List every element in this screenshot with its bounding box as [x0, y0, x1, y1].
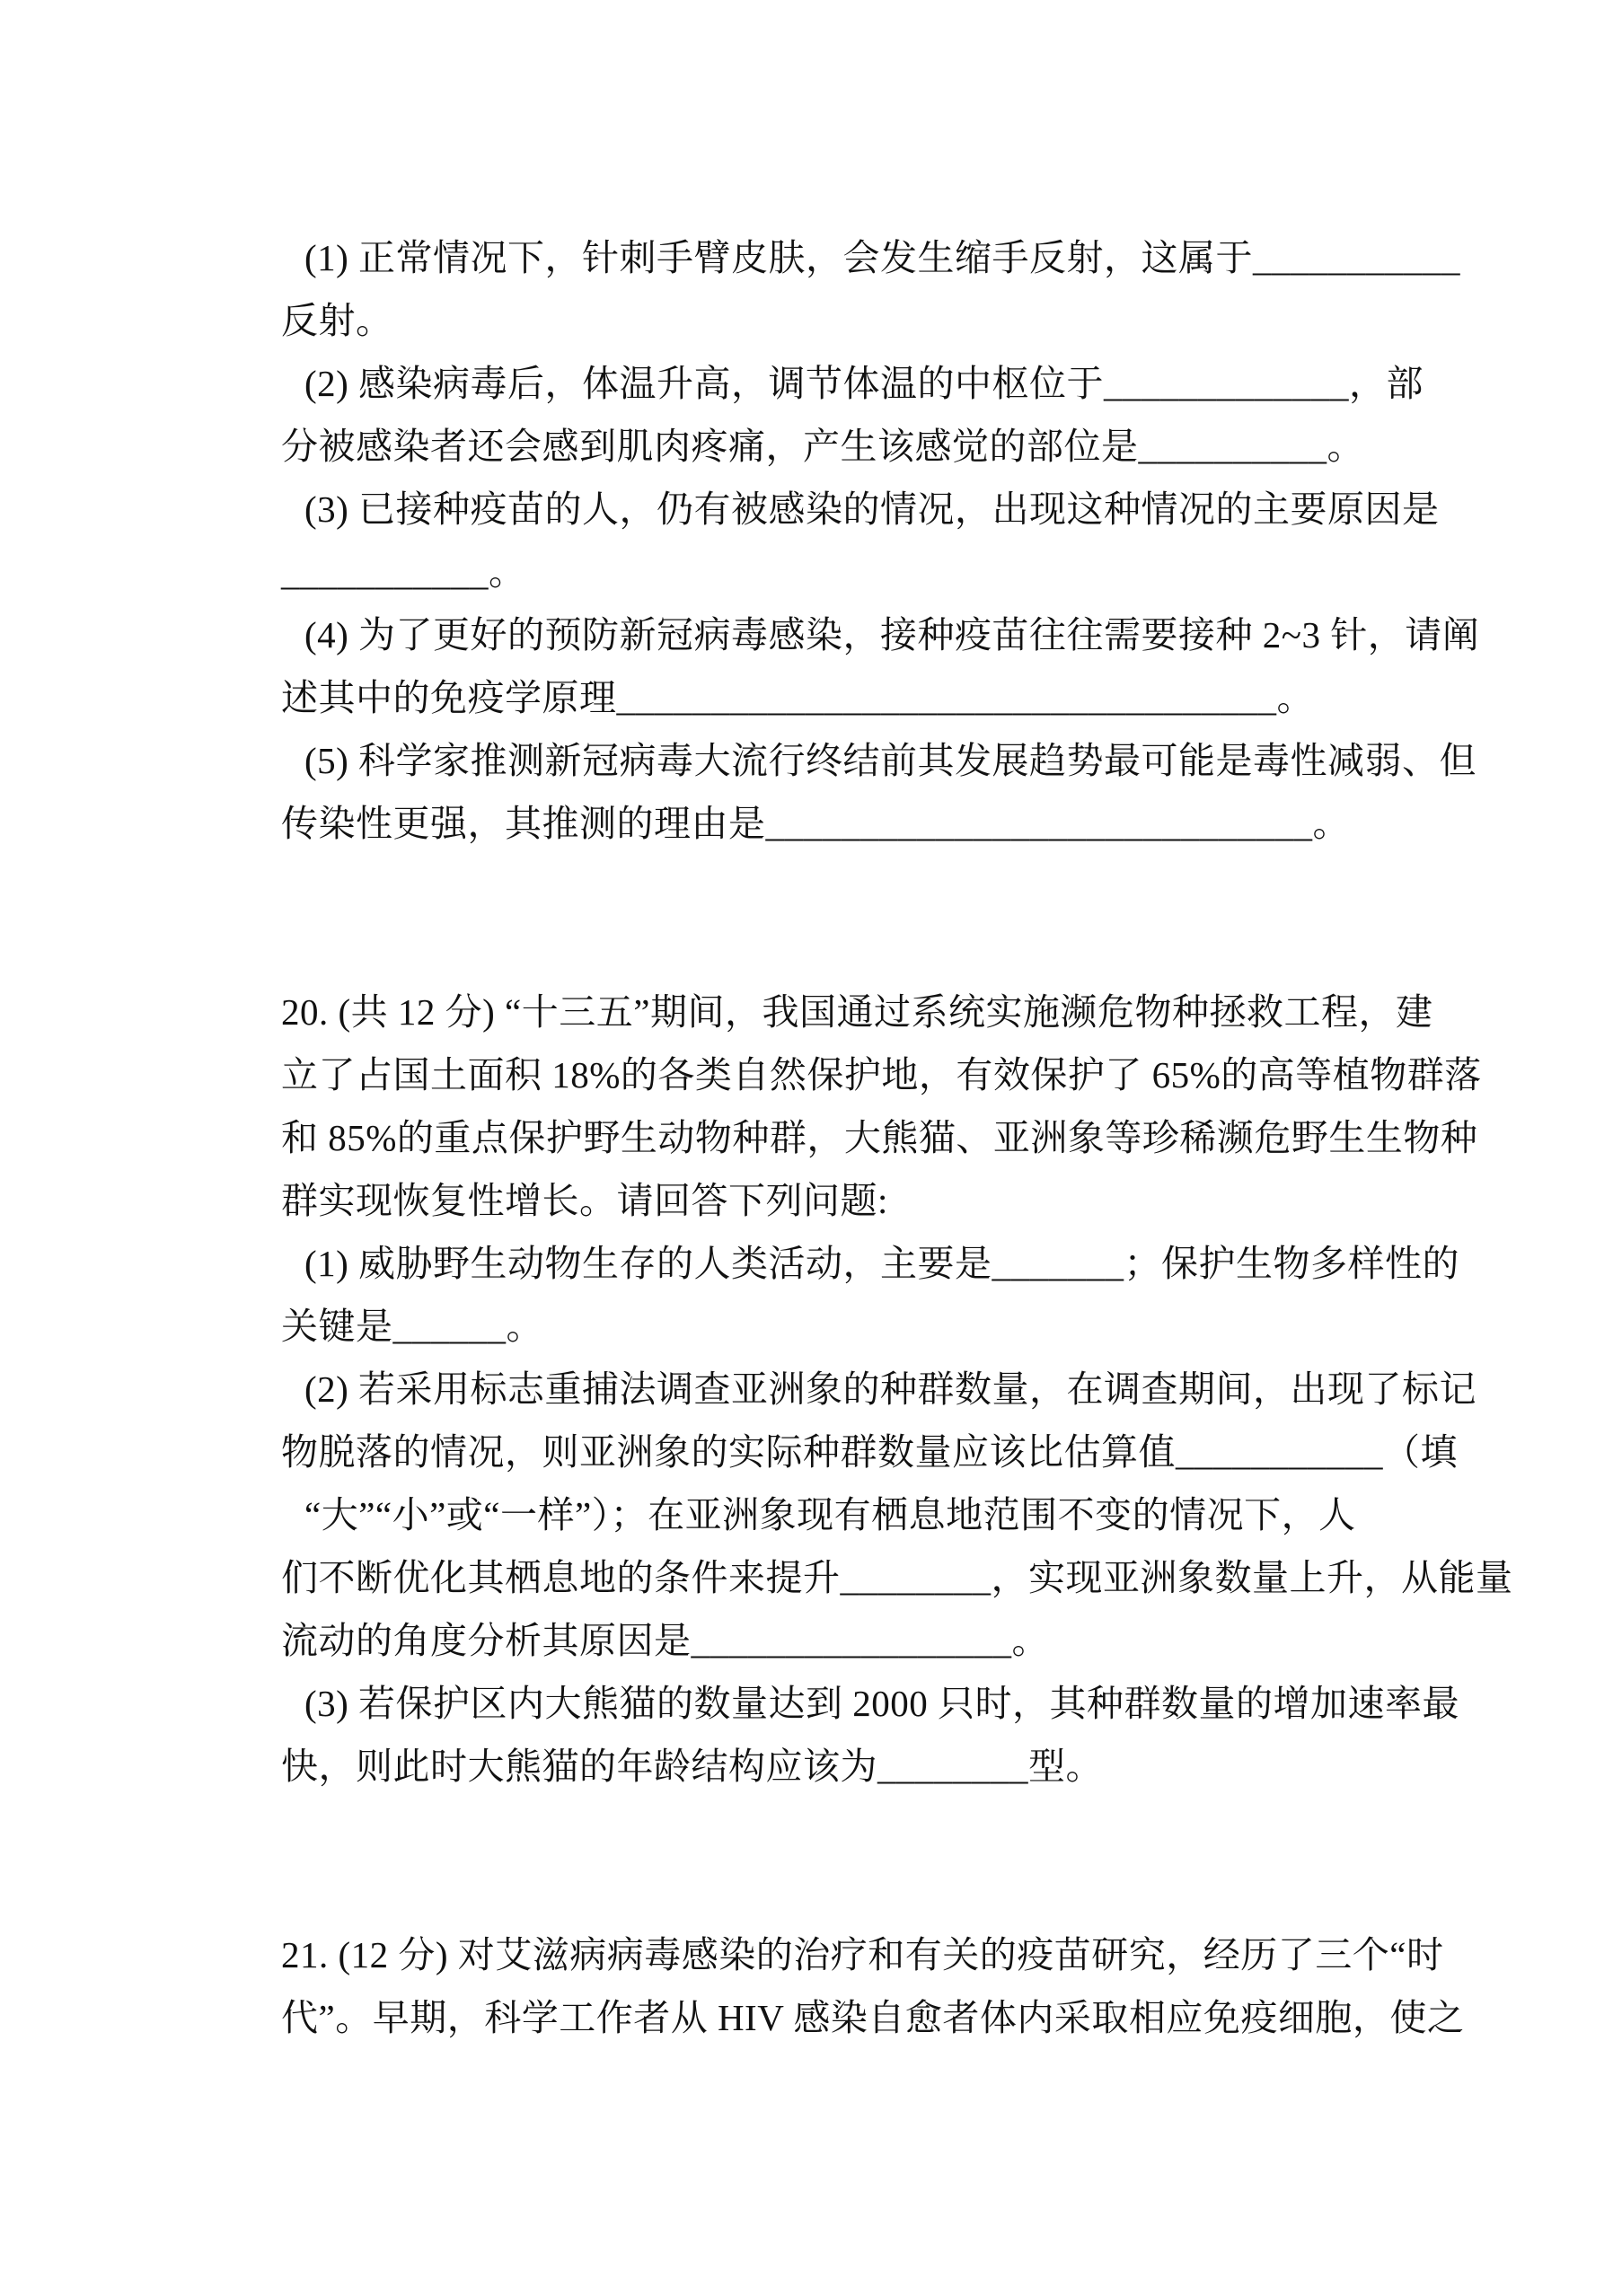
text-line: (3) 已接种疫苗的人，仍有被感染的情况，出现这种情况的主要原因是: [281, 478, 1413, 541]
text-line: 21. (12 分) 对艾滋病病毒感染的治疗和有关的疫苗研究，经历了三个“时: [281, 1923, 1413, 1986]
text-line: 们不断优化其栖息地的条件来提升________，实现亚洲象数量上升，从能量: [281, 1546, 1413, 1609]
text-line: 传染性更强，其推测的理由是___________________________…: [281, 792, 1413, 855]
text-line: 物脱落的情况，则亚洲象的实际种群数量应该比估算值___________（填: [281, 1421, 1413, 1483]
question-21: 21. (12 分) 对艾滋病病毒感染的治疗和有关的疫苗研究，经历了三个“时代”…: [281, 1923, 1413, 2049]
text-line: 快，则此时大熊猫的年龄结构应该为________型。: [281, 1735, 1413, 1798]
text-line: 20. (共 12 分) “十三五”期间，我国通过系统实施濒危物种拯救工程，建: [281, 981, 1413, 1043]
text-line: (2) 若采用标志重捕法调查亚洲象的种群数量，在调查期间，出现了标记: [281, 1358, 1413, 1421]
question-19-subquestions: (1) 正常情况下，针刺手臂皮肤，会发生缩手反射，这属于___________反…: [281, 226, 1413, 855]
text-line: 和 85%的重点保护野生动物种群，大熊猫、亚洲象等珍稀濒危野生生物种: [281, 1106, 1413, 1169]
text-line: ___________。: [281, 541, 1413, 603]
question-20: 20. (共 12 分) “十三五”期间，我国通过系统实施濒危物种拯救工程，建立…: [281, 981, 1413, 1798]
text-line: (5) 科学家推测新冠病毒大流行终结前其发展趋势最可能是毒性减弱、但: [281, 729, 1413, 792]
text-line: (2) 感染病毒后，体温升高，调节体温的中枢位于_____________，部: [281, 352, 1413, 415]
text-line: 反射。: [281, 289, 1413, 352]
text-line: (1) 威胁野生动物生存的人类活动，主要是_______；保护生物多样性的: [281, 1232, 1413, 1295]
text-line: (4) 为了更好的预防新冠病毒感染，接种疫苗往往需要接种 2~3 针，请阐: [281, 603, 1413, 666]
text-line: 关键是______。: [281, 1295, 1413, 1358]
text-line: 代”。早期，科学工作者从 HIV 感染自愈者体内采取相应免疫细胞，使之: [281, 1986, 1413, 2049]
text-line: 群实现恢复性增长。请回答下列问题:: [281, 1169, 1413, 1232]
text-line: 述其中的免疫学原理_______________________________…: [281, 666, 1413, 729]
text-line: 流动的角度分析其原因是_________________。: [281, 1609, 1413, 1672]
document-content: (1) 正常情况下，针刺手臂皮肤，会发生缩手反射，这属于___________反…: [281, 226, 1413, 2049]
text-line: (3) 若保护区内大熊猫的数量达到 2000 只时，其种群数量的增加速率最: [281, 1672, 1413, 1735]
text-line: “大”“小”或“一样”）；在亚洲象现有栖息地范围不变的情况下，人: [281, 1483, 1413, 1546]
text-line: 分被感染者还会感到肌肉疼痛，产生该感觉的部位是__________。: [281, 415, 1413, 478]
document-page: (1) 正常情况下，针刺手臂皮肤，会发生缩手反射，这属于___________反…: [0, 0, 1622, 2296]
text-line: 立了占国土面积 18%的各类自然保护地，有效保护了 65%的高等植物群落: [281, 1043, 1413, 1106]
text-line: (1) 正常情况下，针刺手臂皮肤，会发生缩手反射，这属于___________: [281, 226, 1413, 289]
